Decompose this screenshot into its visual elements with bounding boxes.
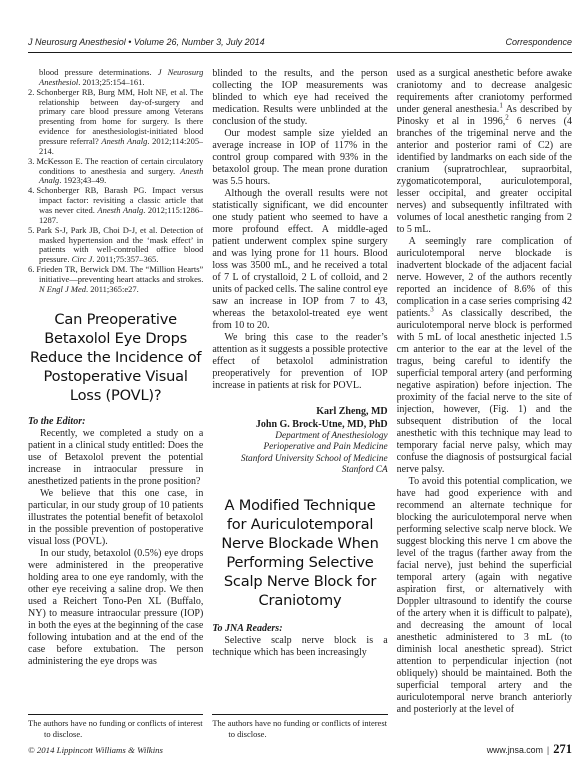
signature-block: Karl Zheng, MDJohn G. Brock-Utne, MD, Ph… [212, 406, 387, 476]
article-body: used as a surgical anesthetic before awa… [397, 68, 572, 716]
paragraph: A seemingly rare complication of auricul… [397, 236, 572, 476]
text-line: John G. Brock-Utne, MD, PhD [212, 419, 387, 432]
paragraph: Selective scalp nerve block is a techniq… [212, 635, 387, 659]
paragraph: To avoid this potential complication, we… [397, 476, 572, 716]
paragraph: We believe that this one case, in partic… [28, 488, 203, 548]
author-affiliation: Department of AnesthesiologyPerioperativ… [212, 431, 387, 476]
paragraph: blinded to the results, and the person c… [212, 68, 387, 128]
reference-item: blood pressure determinations. J Neurosu… [28, 68, 203, 88]
text-line: Perioperative and Pain Medicine [212, 442, 387, 453]
text-line: Stanford CA [212, 465, 387, 476]
salutation-to-the-editor: To the Editor: [28, 416, 203, 427]
text-line: Stanford University School of Medicine [212, 454, 387, 465]
reference-item: 6.Frieden TR, Berwick DM. The “Million H… [28, 265, 203, 295]
text-line: Karl Zheng, MD [212, 406, 387, 419]
section-label: Correspondence [505, 37, 572, 47]
page-header: J Neurosurg Anesthesiol • Volume 26, Num… [28, 37, 572, 53]
journal-website: www.jnsa.com [487, 745, 543, 755]
footnote-text: The authors have no funding or conflicts… [212, 718, 387, 739]
paragraph: We bring this case to the reader’s atten… [212, 332, 387, 392]
footnote-disclosure: The authors have no funding or conflicts… [212, 714, 387, 741]
article-body: Selective scalp nerve block is a techniq… [212, 635, 387, 659]
article-body: Recently, we completed a study on a pati… [28, 428, 203, 668]
paragraph: used as a surgical anesthetic before awa… [397, 68, 572, 236]
paragraph: Recently, we completed a study on a pati… [28, 428, 203, 488]
paragraph: In our study, betaxolol (0.5%) eye drops… [28, 548, 203, 668]
journal-page: J Neurosurg Anesthesiol • Volume 26, Num… [0, 0, 585, 783]
footnote-text: The authors have no funding or conflicts… [28, 718, 203, 739]
reference-item: 2.Schonberger RB, Burg MM, Holt NF, et a… [28, 88, 203, 157]
reference-item: 4.Schonberger RB, Barash PG. Impact vers… [28, 186, 203, 225]
article-columns: blood pressure determinations. J Neurosu… [28, 68, 572, 741]
article-body: blinded to the results, and the person c… [212, 68, 387, 392]
column-1: blood pressure determinations. J Neurosu… [28, 68, 203, 741]
text-line: Department of Anesthesiology [212, 431, 387, 442]
article-title-betaxolol: Can Preoperative Betaxolol Eye Drops Red… [29, 311, 202, 406]
column-3: used as a surgical anesthetic before awa… [397, 68, 572, 741]
article-title-auriculotemporal: A Modified Technique for Auriculotempora… [213, 497, 386, 611]
salutation-to-jna-readers: To JNA Readers: [212, 623, 387, 634]
paragraph: Our modest sample size yielded an averag… [212, 128, 387, 188]
paragraph: Although the overall results were not st… [212, 188, 387, 332]
footnote-disclosure: The authors have no funding or conflicts… [28, 714, 203, 741]
page-number: 271 [553, 742, 572, 757]
footer-right: www.jnsa.com | 271 [487, 742, 572, 757]
footer-separator: | [547, 745, 549, 755]
reference-item: 3.McKesson E. The reaction of certain ci… [28, 157, 203, 187]
reference-list: blood pressure determinations. J Neurosu… [28, 68, 203, 295]
page-footer: © 2014 Lippincott Williams & Wilkins www… [28, 742, 572, 757]
copyright-notice: © 2014 Lippincott Williams & Wilkins [28, 745, 163, 755]
author-names: Karl Zheng, MDJohn G. Brock-Utne, MD, Ph… [212, 406, 387, 431]
reference-item: 5.Park S-J, Park JB, Choi D-J, et al. De… [28, 226, 203, 265]
column-2: blinded to the results, and the person c… [212, 68, 387, 741]
journal-issue-info: J Neurosurg Anesthesiol • Volume 26, Num… [28, 37, 265, 47]
